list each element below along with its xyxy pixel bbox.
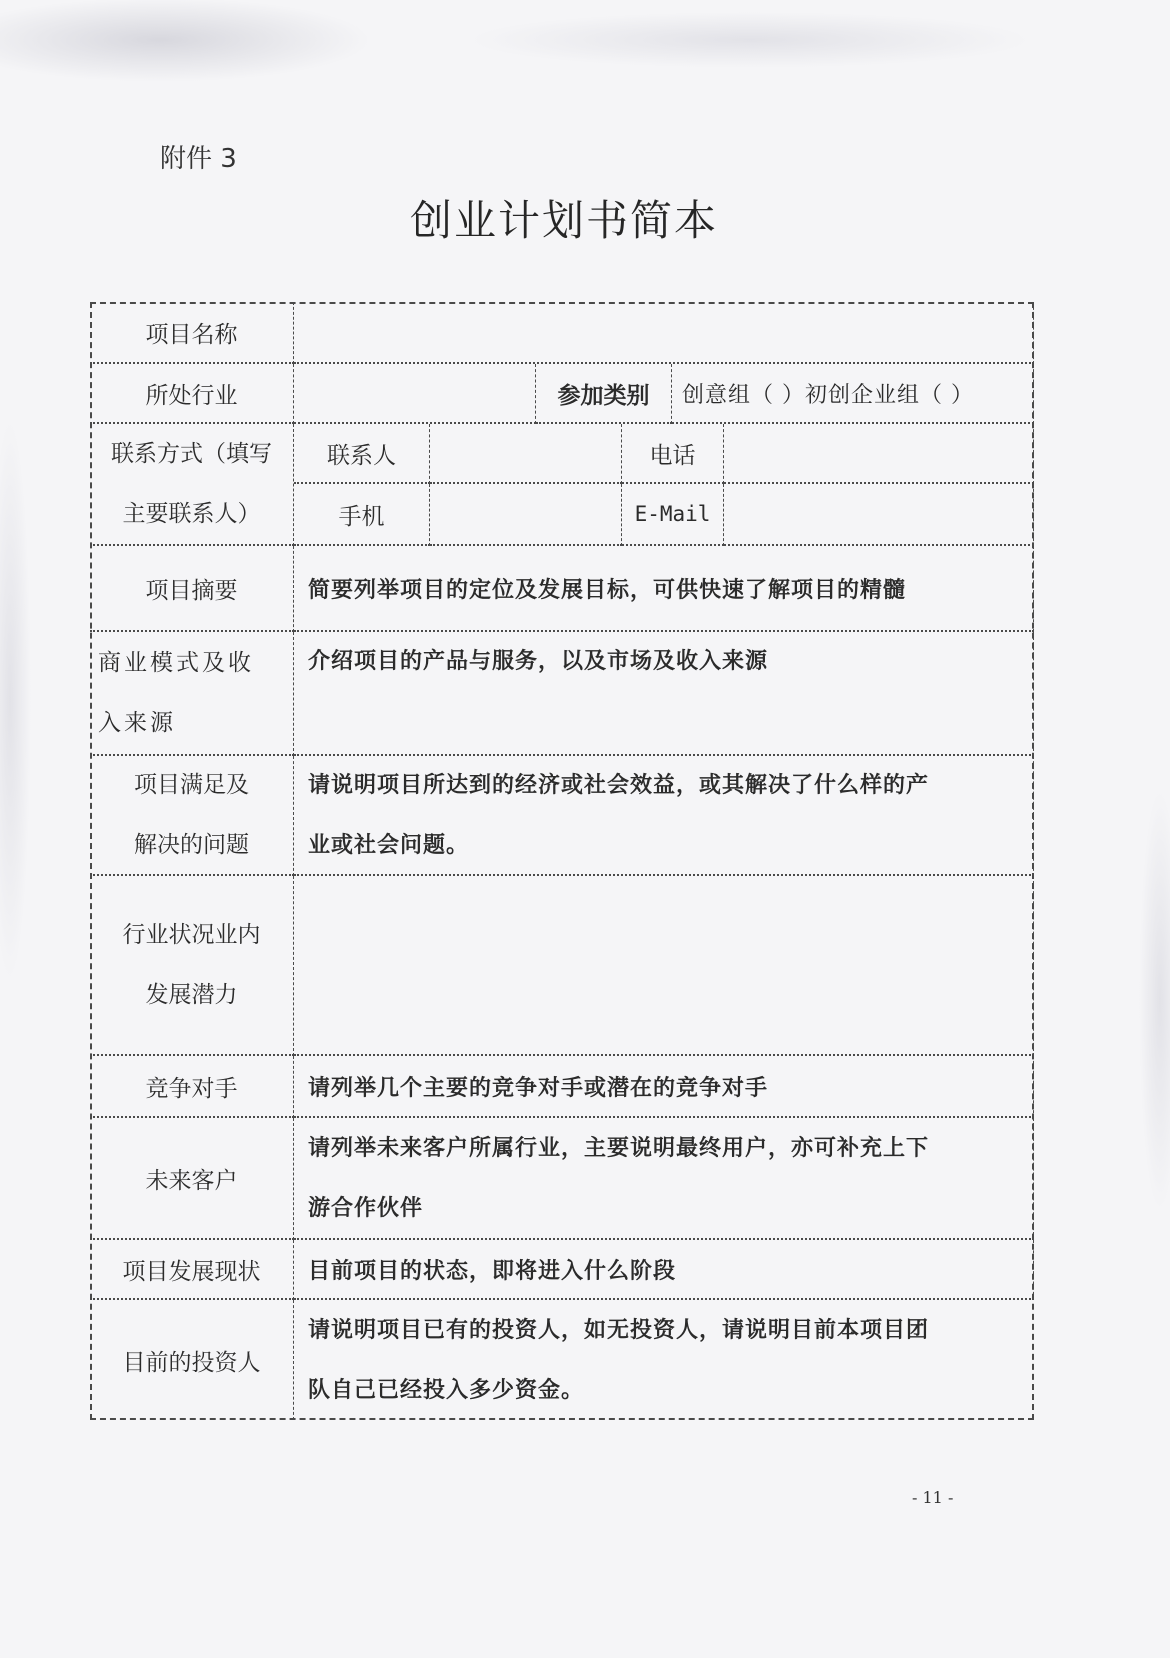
current-investors-text-line1: 请说明项目已有的投资人，如无投资人，请说明目前本项目团 [308, 1300, 929, 1360]
industry-label: 所处行业 [90, 364, 294, 424]
problem-solved-field[interactable]: 请说明项目所达到的经济或社会效益，或其解决了什么样的产 业或社会问题。 [294, 756, 1034, 876]
category-options[interactable]: 创意组（ ）初创企业组（ ） [672, 364, 1034, 424]
problem-solved-text-line2: 业或社会问题。 [308, 815, 469, 875]
business-model-field[interactable]: 介绍项目的产品与服务，以及市场及收入来源 [294, 632, 1034, 756]
document-title: 创业计划书简本 [410, 188, 718, 248]
contact-method-label: 联系方式（填写 主要联系人） [90, 424, 294, 546]
business-model-label: 商业模式及收 入来源 [90, 632, 294, 756]
current-investors-label: 目前的投资人 [90, 1300, 294, 1420]
competitors-field[interactable]: 请列举几个主要的竞争对手或潜在的竞争对手 [294, 1056, 1034, 1118]
current-investors-field[interactable]: 请说明项目已有的投资人，如无投资人，请说明目前本项目团 队自己已经投入多少资金。 [294, 1300, 1034, 1420]
industry-potential-field[interactable] [294, 876, 1034, 1056]
attachment-label: 附件 3 [160, 138, 237, 175]
mobile-field[interactable] [430, 484, 622, 546]
business-model-label-line1: 商业模式及收 [98, 633, 254, 693]
project-summary-label: 项目摘要 [90, 546, 294, 632]
problem-solved-label-line1: 项目满足及 [134, 755, 249, 815]
industry-potential-label-line1: 行业状况业内 [123, 905, 261, 965]
problem-solved-label-line2: 解决的问题 [134, 815, 249, 875]
future-customers-text-line1: 请列举未来客户所属行业，主要说明最终用户，亦可补充上下 [308, 1118, 929, 1178]
contact-method-label-line2: 主要联系人） [123, 484, 261, 544]
page-number: - 11 - [912, 1488, 953, 1507]
industry-potential-label: 行业状况业内 发展潜力 [90, 876, 294, 1056]
development-status-field[interactable]: 目前项目的状态，即将进入什么阶段 [294, 1240, 1034, 1300]
mobile-label: 手机 [294, 484, 430, 546]
current-investors-text-line2: 队自己已经投入多少资金。 [308, 1360, 584, 1420]
project-name-label: 项目名称 [90, 302, 294, 364]
future-customers-text-line2: 游合作伙伴 [308, 1178, 423, 1238]
phone-field[interactable] [724, 424, 1034, 484]
business-plan-form: 项目名称 所处行业 参加类别 创意组（ ）初创企业组（ ） 联系方式（填写 主要… [90, 302, 1034, 1420]
future-customers-field[interactable]: 请列举未来客户所属行业，主要说明最终用户，亦可补充上下 游合作伙伴 [294, 1118, 1034, 1240]
project-summary-field[interactable]: 简要列举项目的定位及发展目标，可供快速了解项目的精髓 [294, 546, 1034, 632]
future-customers-label: 未来客户 [90, 1118, 294, 1240]
contact-person-field[interactable] [430, 424, 622, 484]
email-field[interactable] [724, 484, 1034, 546]
contact-person-label: 联系人 [294, 424, 430, 484]
development-status-label: 项目发展现状 [90, 1240, 294, 1300]
project-name-field[interactable] [294, 302, 1034, 364]
competitors-label: 竞争对手 [90, 1056, 294, 1118]
industry-potential-label-line2: 发展潜力 [146, 965, 238, 1025]
business-model-label-line2: 入来源 [98, 693, 176, 753]
industry-field[interactable] [294, 364, 536, 424]
email-label: E-Mail [622, 484, 724, 546]
problem-solved-label: 项目满足及 解决的问题 [90, 756, 294, 876]
phone-label: 电话 [622, 424, 724, 484]
problem-solved-text-line1: 请说明项目所达到的经济或社会效益，或其解决了什么样的产 [308, 755, 929, 815]
contact-method-label-line1: 联系方式（填写 [111, 424, 272, 484]
category-label: 参加类别 [536, 364, 672, 424]
